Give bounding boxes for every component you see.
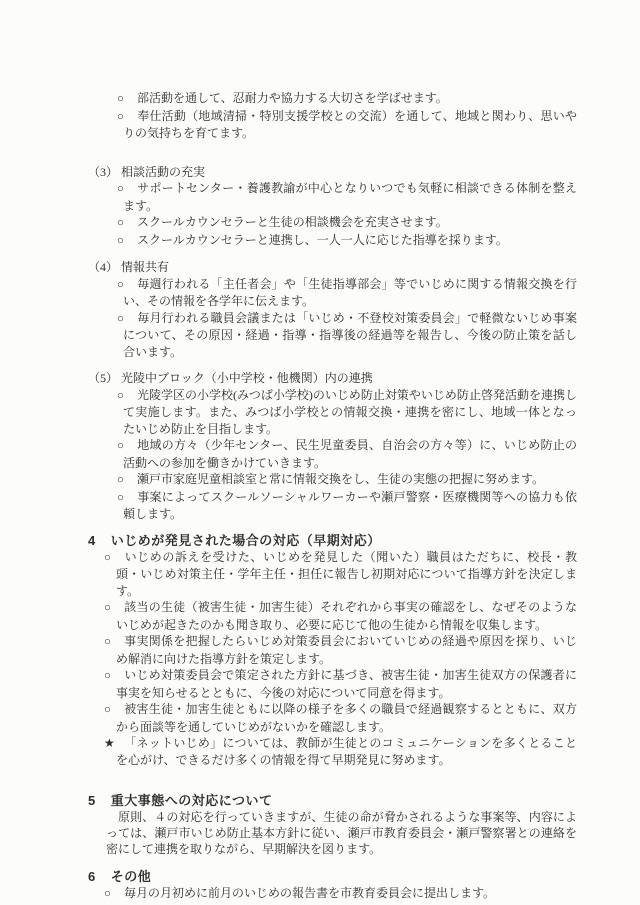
list-item: ○地域の方々（少年センター、民生児童委員、自治会の方々等）に、いじめ防止の活動へ… xyxy=(88,437,577,471)
section-number: 5 xyxy=(88,793,96,808)
section-number: 6 xyxy=(88,869,96,884)
section-intro: ○部活動を通して、忍耐力や協力する大切さを学ばせます。 ○奉仕活動（地域清掃・特… xyxy=(88,90,577,142)
section-number: （5） xyxy=(88,371,118,385)
item-text: 「ネットいじめ」については、教師が生徒とのコミュニケーションを多くとることを心が… xyxy=(116,736,577,767)
bullet-circle-icon: ○ xyxy=(117,91,137,108)
list-item: ○いじめ対策委員会で策定された方針に基づき、被害生徒・加害生徒双方の保護者に事実… xyxy=(88,667,577,701)
section-heading: 6その他 xyxy=(88,868,577,885)
section-heading: 4いじめが発見された場合の対応（早期対応） xyxy=(88,532,577,549)
item-text: 光陵学区の小学校(みつば小学校)のいじめ防止対策やいじめ防止啓発活動を連携して実… xyxy=(123,388,577,436)
section-title: 情報共有 xyxy=(121,260,169,274)
section-title: 重大事態への対応について xyxy=(111,793,273,808)
item-text: サポートセンター・養護教諭が中心となりいつでも気軽に相談できる体制を整えます。 xyxy=(123,181,577,213)
item-text: スクールカウンセラーと連携し、一人一人に応じた指導を採ります。 xyxy=(137,233,508,247)
section-title: その他 xyxy=(111,869,152,884)
list-item: ○奉仕活動（地域清掃・特別支援学校との交流）を通して、地域と関わり、思いやりの気… xyxy=(88,108,577,142)
list-item: ○スクールカウンセラーと生徒の相談機会を充実させます。 xyxy=(88,214,577,232)
list-item: ○瀬戸市家庭児童相談室と常に情報交換をし、生徒の実態の把握に努めます。 xyxy=(88,471,577,489)
section-heading: 5重大事態への対応について xyxy=(88,792,577,809)
list-item: ○毎月の月初めに前月のいじめの報告書を市教育委員会に提出します。 xyxy=(88,885,577,903)
scan-speck xyxy=(425,835,427,837)
item-text: 被害生徒・加害生徒ともに以降の様子を多くの職員で経過観察するとともに、双方から面… xyxy=(116,702,577,734)
item-text: 部活動を通して、忍耐力や協力する大切さを学ばせます。 xyxy=(137,91,448,105)
scan-speck xyxy=(305,893,307,895)
document-page: ○部活動を通して、忍耐力や協力する大切さを学ばせます。 ○奉仕活動（地域清掃・特… xyxy=(0,0,640,905)
item-text: 瀬戸市家庭児童相談室と常に情報交換をし、生徒の実態の把握に努めます。 xyxy=(137,472,544,486)
list-item: ○事実関係を把握したらいじめ対策委員会においていじめの経過や原因を探り、いじめ解… xyxy=(88,633,577,667)
list-item: ○毎週行われる「主任者会」や「生徒指導部会」等でいじめに関する情報交換を行い、そ… xyxy=(88,276,577,310)
list-item: ○被害生徒・加害生徒ともに以降の様子を多くの職員で経過観察するとともに、双方から… xyxy=(88,701,577,735)
bullet-circle-icon: ○ xyxy=(104,886,124,903)
bullet-circle-icon: ○ xyxy=(117,438,137,455)
section-main4-early-response: 4いじめが発見された場合の対応（早期対応） ○いじめの訴えを受けた、いじめを発見… xyxy=(88,532,577,769)
item-text: 奉仕活動（地域清掃・特別支援学校との交流）を通して、地域と関わり、思いやりの気持… xyxy=(123,109,577,141)
item-text: スクールカウンセラーと生徒の相談機会を充実させます。 xyxy=(137,215,448,229)
item-text: 毎週行われる「主任者会」や「生徒指導部会」等でいじめに関する情報交換を行い、その… xyxy=(123,277,577,309)
bullet-circle-icon: ○ xyxy=(117,181,137,198)
bullet-circle-icon: ○ xyxy=(117,215,137,232)
item-text: 該当の生徒（被害生徒・加害生徒）それぞれから事実の確認をし、なぜそのようないじめ… xyxy=(116,600,577,632)
section-heading: （5）光陵中ブロック（小中学校・他機関）内の連携 xyxy=(88,370,577,387)
list-item: ○該当の生徒（被害生徒・加害生徒）それぞれから事実の確認をし、なぜそのようないじ… xyxy=(88,599,577,633)
section-title: 相談活動の充実 xyxy=(121,165,205,179)
bullet-circle-icon: ○ xyxy=(117,388,137,405)
bullet-circle-icon: ○ xyxy=(104,668,124,685)
list-item: ○光陵学区の小学校(みつば小学校)のいじめ防止対策やいじめ防止啓発活動を連携して… xyxy=(88,387,577,438)
section-3-consultation: （3）相談活動の充実 ○サポートセンター・養護教諭が中心となりいつでも気軽に相談… xyxy=(88,164,577,250)
section-5-block-cooperation: （5）光陵中ブロック（小中学校・他機関）内の連携 ○光陵学区の小学校(みつば小学… xyxy=(88,370,577,523)
bullet-circle-icon: ○ xyxy=(104,702,124,719)
bullet-circle-icon: ○ xyxy=(117,109,137,126)
section-title: 光陵中ブロック（小中学校・他機関）内の連携 xyxy=(121,371,373,385)
list-item: ○部活動を通して、忍耐力や協力する大切さを学ばせます。 xyxy=(88,90,577,108)
section-number: （4） xyxy=(88,260,118,274)
item-text: いじめ対策委員会で策定された方針に基づき、被害生徒・加害生徒双方の保護者に事実を… xyxy=(116,668,577,700)
bullet-circle-icon: ○ xyxy=(117,472,137,489)
scan-speck xyxy=(180,228,182,230)
section-heading: （3）相談活動の充実 xyxy=(88,164,577,181)
list-item: ○サポートセンター・養護教諭が中心となりいつでも気軽に相談できる体制を整えます。 xyxy=(88,180,577,214)
section-main5-serious-cases: 5重大事態への対応について 原則、４の対応を行っていきますが、生徒の命が脅かされ… xyxy=(88,792,577,858)
section-number: 4 xyxy=(88,533,96,548)
bullet-circle-icon: ○ xyxy=(104,550,124,567)
section-paragraph: 原則、４の対応を行っていきますが、生徒の命が脅かされるような事案等、内容によって… xyxy=(88,809,577,858)
bullet-circle-icon: ○ xyxy=(104,600,124,617)
list-item: ○いじめの訴えを受けた、いじめを発見した（聞いた）職員はただちに、校長・教頭・い… xyxy=(88,549,577,600)
item-text: 地域の方々（少年センター、民生児童委員、自治会の方々等）に、いじめ防止の活動への… xyxy=(123,438,577,470)
list-item: ○毎月行われる職員会議または「いじめ・不登校対策委員会」で軽微ないじめ事案につい… xyxy=(88,310,577,361)
bullet-circle-icon: ○ xyxy=(104,634,124,651)
item-text: 毎月の月初めに前月のいじめの報告書を市教育委員会に提出します。 xyxy=(124,886,495,900)
section-title: いじめが発見された場合の対応（早期対応） xyxy=(111,533,381,548)
bullet-circle-icon: ○ xyxy=(117,277,137,294)
bullet-circle-icon: ○ xyxy=(117,490,137,507)
list-item: ○事案によってスクールソーシャルワーカーや瀬戸警察・医療機関等への協力も依頼しま… xyxy=(88,489,577,523)
bullet-star-icon: ★ xyxy=(104,735,124,752)
section-main6-other: 6その他 ○毎月の月初めに前月のいじめの報告書を市教育委員会に提出します。 xyxy=(88,868,577,903)
item-text: 毎月行われる職員会議または「いじめ・不登校対策委員会」で軽微ないじめ事案について… xyxy=(123,311,577,359)
item-text: いじめの訴えを受けた、いじめを発見した（聞いた）職員はただちに、校長・教頭・いじ… xyxy=(116,550,577,598)
item-text: 事案によってスクールソーシャルワーカーや瀬戸警察・医療機関等への協力も依頼します… xyxy=(123,490,577,522)
bullet-circle-icon: ○ xyxy=(117,233,137,250)
list-item: ★「ネットいじめ」については、教師が生徒とのコミュニケーションを多くとることを心… xyxy=(88,735,577,768)
bullet-circle-icon: ○ xyxy=(117,311,137,328)
section-heading: （4）情報共有 xyxy=(88,259,577,276)
section-4-info-sharing: （4）情報共有 ○毎週行われる「主任者会」や「生徒指導部会」等でいじめに関する情… xyxy=(88,259,577,360)
section-number: （3） xyxy=(88,165,118,179)
list-item: ○スクールカウンセラーと連携し、一人一人に応じた指導を採ります。 xyxy=(88,232,577,250)
item-text: 事実関係を把握したらいじめ対策委員会においていじめの経過や原因を探り、いじめ解消… xyxy=(116,634,577,666)
